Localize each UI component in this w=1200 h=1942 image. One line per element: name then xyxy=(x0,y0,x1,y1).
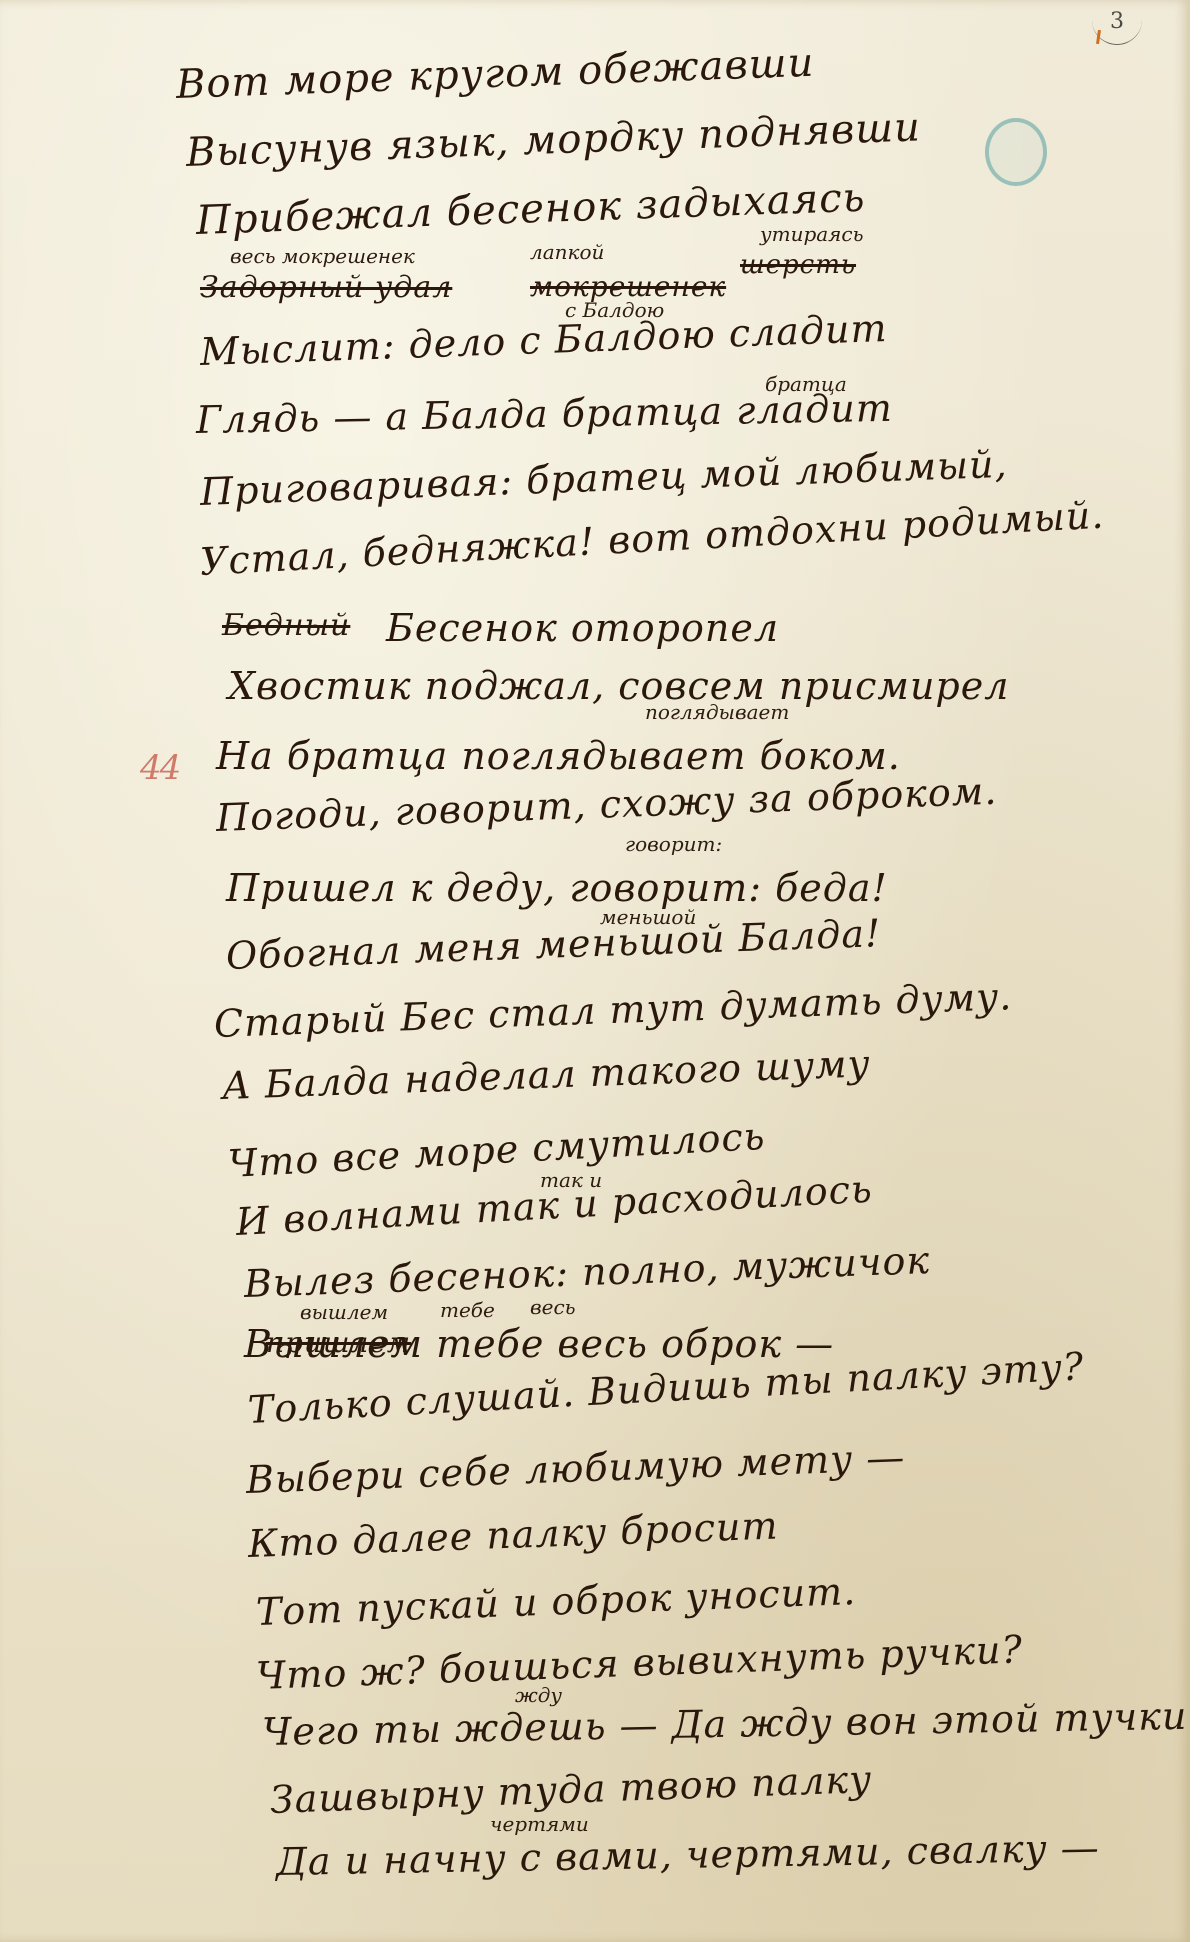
library-stamp xyxy=(985,118,1047,186)
interlinear-insertion: жду xyxy=(515,1683,562,1707)
manuscript-line: Высунув язык, мордку поднявши xyxy=(185,104,921,176)
manuscript-line: Обогнал меня меньшой Балда! xyxy=(225,911,882,978)
margin-line-number: 44 xyxy=(140,748,179,788)
manuscript-line: Что ж? боишься вывихнуть ручки? xyxy=(255,1627,1023,1698)
manuscript-line: Погоди, говорит, схожу за оброком. xyxy=(215,769,998,840)
manuscript-line: Пришел к деду, говорит: беда! xyxy=(226,866,888,910)
manuscript-page: 3 44 Вот море кругом обежавши Высунув яз… xyxy=(0,0,1190,1942)
manuscript-line: Да и начну с вами, чертями, свалку — xyxy=(276,1826,1100,1884)
manuscript-line: Бесенок оторопел xyxy=(386,606,779,650)
manuscript-line: Мыслит: дело с Балдою сладит xyxy=(199,306,888,374)
manuscript-line: Чего ты ждешь — Да жду вон этой тучки xyxy=(262,1694,1188,1754)
interlinear-insertion: говорит: xyxy=(625,832,722,856)
manuscript-line: Вылез бесенок: полно, мужичок xyxy=(243,1238,930,1306)
manuscript-line: Кто далее палку бросит xyxy=(247,1503,779,1565)
interlinear-insertion: весь мокрешенек xyxy=(230,244,415,268)
struck-word: шерсть xyxy=(740,250,856,280)
manuscript-line: На братца поглядывает боком. xyxy=(216,734,901,778)
manuscript-line: Глядь — а Балда братца гладит xyxy=(196,386,894,442)
manuscript-line: А Балда наделал такого шуму xyxy=(221,1041,871,1108)
interlinear-insertion: лапкой xyxy=(530,240,604,264)
struck-word: Задорный удал xyxy=(200,270,452,305)
manuscript-line: Хвостик поджал, совсем присмирел xyxy=(228,664,1009,708)
manuscript-line: Вышлем тебе весь оброк — xyxy=(244,1322,834,1366)
interlinear-insertion: чертями xyxy=(490,1812,589,1836)
manuscript-line: Вот море кругом обежавши xyxy=(175,40,815,108)
interlinear-insertion: поглядывает xyxy=(645,700,789,724)
interlinear-insertion: утираясь xyxy=(760,222,864,246)
manuscript-line: Что все море смутилось xyxy=(227,1114,767,1186)
interlinear-insertion: тебе xyxy=(440,1298,495,1322)
manuscript-line: Старый Бес стал тут думать думу. xyxy=(213,974,1013,1046)
manuscript-line: Тот пускай и оброк уносит. xyxy=(255,1569,857,1634)
manuscript-line: Выбери себе любимую мету — xyxy=(245,1435,906,1502)
interlinear-insertion: весь xyxy=(530,1295,576,1319)
struck-word: Бедный xyxy=(222,608,350,643)
interlinear-insertion: вышлем xyxy=(300,1300,388,1324)
